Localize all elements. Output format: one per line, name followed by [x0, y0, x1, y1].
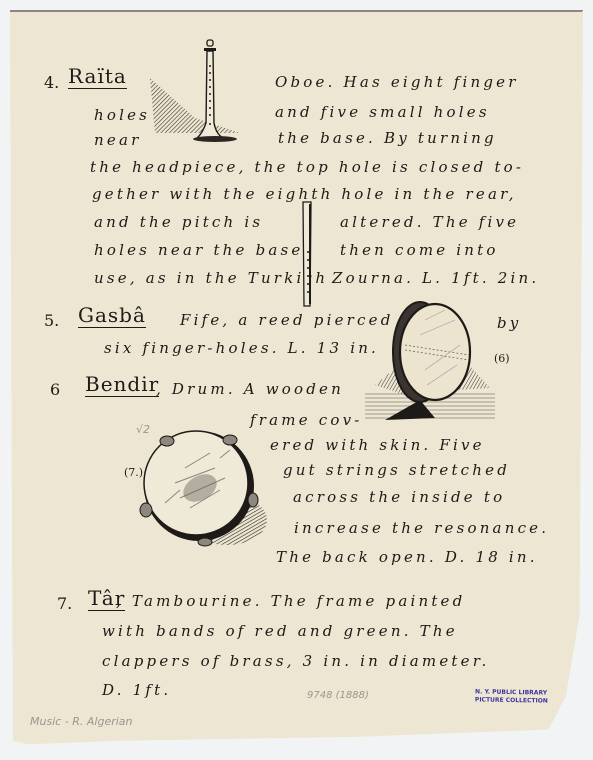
entry-line: by	[497, 316, 521, 331]
figure-label-6: (6)	[494, 352, 510, 365]
entry-line: Zourna. L. 1ft. 2in.	[332, 271, 539, 286]
entry-line: holes	[94, 108, 150, 123]
stamp-line-2: PICTURE COLLECTION	[475, 696, 548, 705]
drum-illustration	[365, 300, 500, 425]
entry-line: , Drum. A wooden	[156, 382, 344, 397]
entry-line: D. 1ft.	[102, 683, 171, 698]
entry-line: The back open. D. 18 in.	[276, 550, 538, 565]
entry-line: , Tambourine. The frame painted	[116, 594, 465, 609]
entry-number: 4.	[44, 73, 59, 92]
entry-line: with bands of red and green. The	[102, 624, 458, 639]
entry-line: six finger-holes. L. 13 in.	[104, 341, 379, 356]
entry-line: clappers of brass, 3 in. in diameter.	[102, 654, 489, 669]
entry-line: use, as in the Turkish	[94, 271, 328, 286]
entry-line: and five small holes	[275, 105, 490, 120]
entry-line: frame cov-	[250, 413, 363, 428]
tambourine-illustration	[135, 428, 275, 553]
entry-line: across the inside to	[293, 490, 505, 505]
entry-line: the headpiece, the top hole is closed to…	[90, 160, 524, 175]
entry-number: 7.	[57, 594, 72, 613]
entry-line: increase the resonance.	[294, 521, 549, 536]
entry-line: the base. By turning	[278, 131, 497, 146]
figure-label-7: (7.)	[124, 466, 143, 479]
pencil-tick-mark: √2	[136, 423, 150, 436]
entry-line: and the pitch is	[94, 215, 263, 230]
entry-line: Fife, a reed pierced	[180, 313, 394, 328]
oboe-illustration	[145, 38, 255, 146]
entry-line: gut strings stretched	[283, 463, 510, 478]
entry-line: near	[94, 133, 141, 148]
entry-line: ered with skin. Five	[270, 438, 485, 453]
entry-title-bendir: Bendir	[85, 374, 159, 397]
entry-line: holes near the base	[94, 243, 304, 258]
entry-line: altered. The five	[340, 215, 519, 230]
paper-top-edge	[10, 10, 582, 12]
fife-illustration	[300, 200, 314, 310]
entry-line: then come into	[340, 243, 499, 258]
subject-classification: Music - R. Algerian	[30, 715, 133, 728]
catalog-number: 9748 (1888)	[307, 690, 369, 701]
library-stamp: N. Y. PUBLIC LIBRARY PICTURE COLLECTION	[475, 688, 548, 705]
entry-title-raita: Raïta	[68, 66, 127, 89]
entry-number: 5.	[44, 311, 59, 330]
entry-line: Oboe. Has eight finger	[275, 75, 519, 90]
entry-number: 6	[50, 380, 60, 399]
entry-title-gasba: Gasbâ	[78, 305, 146, 328]
